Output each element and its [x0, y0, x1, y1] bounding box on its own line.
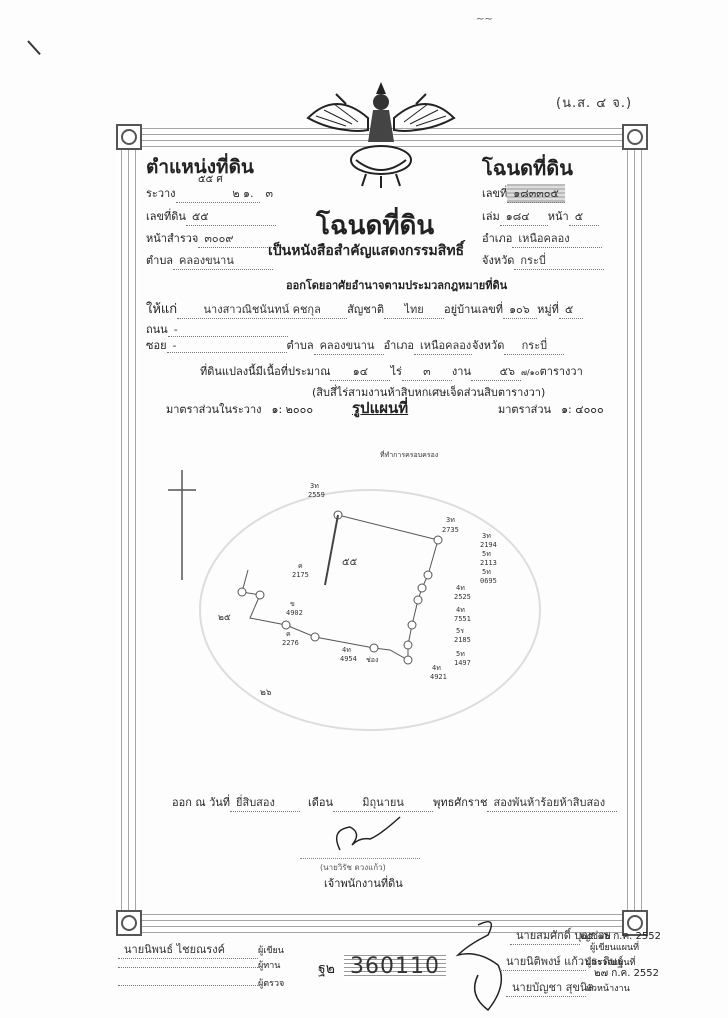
svg-text:3ท: 3ท	[482, 532, 491, 540]
svg-text:5ท: 5ท	[456, 650, 465, 658]
svg-text:๒๖: ๒๖	[260, 688, 272, 698]
svg-text:3ท: 3ท	[446, 516, 455, 524]
svg-text:0695: 0695	[480, 577, 497, 585]
survey-sheet-field: ระวาง ๒ ๑. ๓	[146, 184, 279, 203]
svg-text:2113: 2113	[480, 559, 497, 567]
svg-text:ค: ค	[286, 630, 291, 638]
pen-stroke-mark	[27, 40, 41, 55]
officer-name: (นายวิรัช ดวงแก้ว)	[320, 861, 386, 874]
parcel-map: ที่ทำการครอบครอง ๕๕ ๒๕ ๒๖ ช่อง 3ท2559 3ท…	[160, 440, 580, 740]
border-right	[624, 150, 646, 910]
deed-district-field: อำเภอ เหนือคลอง	[482, 229, 602, 248]
svg-text:๒๕: ๒๕	[218, 613, 231, 623]
serial-number: 360110	[344, 954, 446, 979]
parcel-number-field: เลขที่ดิน ๕๕	[146, 207, 276, 226]
svg-text:3ท: 3ท	[310, 482, 319, 490]
checker-row: ผู้ตรวจ	[118, 976, 284, 990]
deed-header: โฉนดที่ดิน	[482, 152, 573, 184]
border-left	[118, 150, 140, 910]
issued-under-text: ออกโดยอาศัยอำนาจตามประมวลกฎหมายที่ดิน	[286, 276, 507, 294]
map-title: รูปแผนที่	[352, 396, 408, 420]
writer-row: นายนิพนธ์ ไชยณรงค์ ผู้เขียน	[118, 940, 284, 959]
signature-line	[300, 858, 420, 859]
survey-page-field: หน้าสำรวจ ๓๐๐๙	[146, 229, 284, 248]
svg-text:2559: 2559	[308, 491, 325, 499]
survey-scale: มาตราส่วนในระวาง ๑: ๒๐๐๐	[166, 400, 313, 418]
area-in-words: (สิบสี่ไร่สามงานห้าสิบหกเศษเจ็ดส่วนสิบตา…	[312, 383, 545, 401]
location-subdistrict-field: ตำบล คลองขนาน	[146, 251, 273, 270]
svg-text:5ท: 5ท	[482, 550, 491, 558]
svg-text:5ร: 5ร	[456, 627, 464, 635]
deed-province-field: จังหวัด กระบี่	[482, 251, 604, 270]
corner-ornament-icon	[116, 124, 142, 150]
corner-ornament-icon	[116, 910, 142, 936]
svg-text:4ท: 4ท	[432, 664, 441, 672]
svg-text:ค: ค	[298, 562, 303, 570]
form-code: (น.ส. ๔ จ.)	[556, 92, 632, 113]
area-row: ที่ดินแปลงนี้มีเนื้อที่ประมาณ ๑๔ ไร่ ๓ ง…	[200, 362, 583, 381]
serial-prefix: ฐ๒	[318, 958, 335, 980]
svg-text:4ท: 4ท	[342, 646, 351, 654]
ink-scribble: ~~	[476, 14, 493, 25]
svg-text:๕๕: ๕๕	[342, 557, 358, 568]
svg-text:7551: 7551	[454, 615, 471, 623]
svg-text:ข: ข	[290, 600, 295, 608]
svg-text:2185: 2185	[454, 636, 471, 644]
owner-row: ให้แก่ นางสาวณิชนันทน์ คชกุล สัญชาติ ไทย…	[146, 298, 583, 319]
svg-text:2194: 2194	[480, 541, 497, 549]
map-north-label: ที่ทำการครอบครอง	[380, 450, 438, 459]
issuance-row: ออก ณ วันที่ ยี่สิบสอง เดือน มิถุนายน พุ…	[172, 793, 617, 812]
garuda-emblem-icon	[306, 80, 456, 190]
svg-text:4ท: 4ท	[456, 606, 465, 614]
officer-title: เจ้าพนักงานที่ดิน	[324, 874, 403, 892]
svg-text:4ท: 4ท	[456, 584, 465, 592]
svg-text:2175: 2175	[292, 571, 309, 579]
reviewer-row: ผู้ทาน	[118, 958, 280, 972]
svg-text:2735: 2735	[442, 526, 459, 534]
svg-text:4954: 4954	[340, 655, 357, 663]
svg-text:4902: 4902	[286, 609, 303, 617]
svg-text:2525: 2525	[454, 593, 471, 601]
deed-number-field: เลขที่ ๑๘๓๓๐๕	[482, 184, 565, 203]
svg-text:ช่อง: ช่อง	[366, 656, 378, 664]
deed-volume-field: เล่ม ๑๘๔ หน้า ๕	[482, 207, 599, 226]
map-scale: มาตราส่วน ๑: ๔๐๐๐	[498, 400, 604, 418]
document-subtitle: เป็นหนังสือสำคัญแสดงกรรมสิทธิ์	[268, 240, 464, 262]
svg-text:2276: 2276	[282, 639, 299, 647]
officer-signature	[330, 815, 410, 855]
chief-row: นายบัญชา สุขนิล หัวหน้างาน	[506, 978, 630, 997]
svg-text:1497: 1497	[454, 659, 471, 667]
owner-address-row: ซอย - ตำบล คลองขนาน อำเภอ เหนือคลอง จังห…	[146, 336, 564, 355]
corner-ornament-icon	[622, 124, 648, 150]
svg-text:5ท: 5ท	[482, 568, 491, 576]
svg-text:4921: 4921	[430, 673, 447, 681]
